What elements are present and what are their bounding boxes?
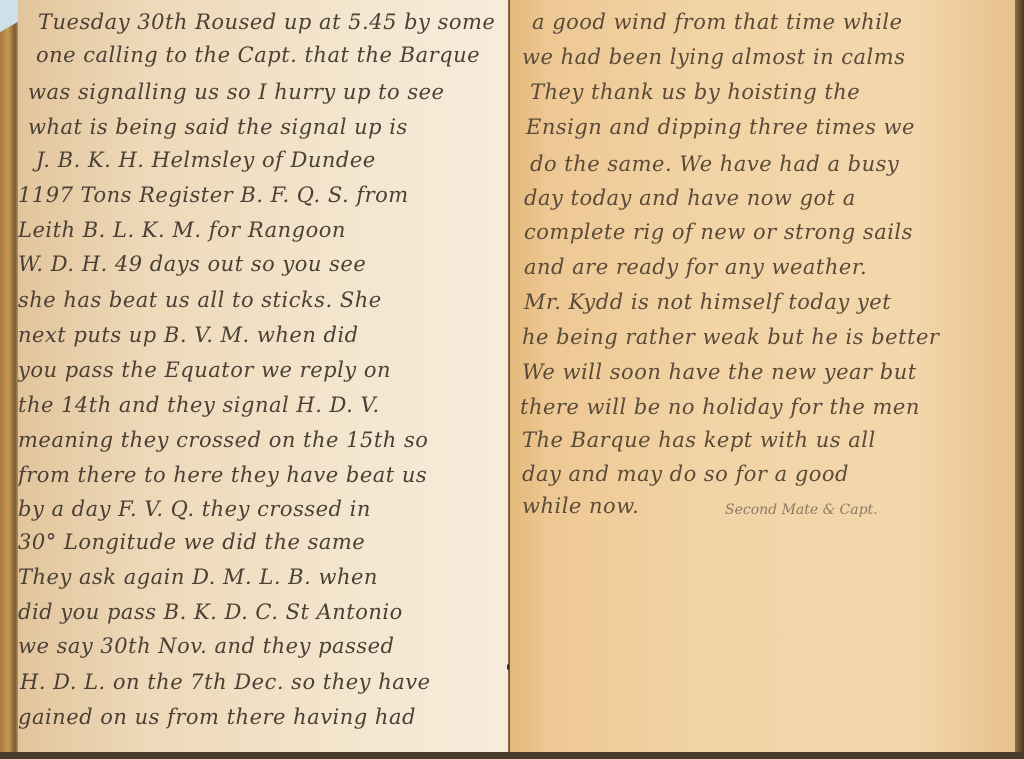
handwritten-line: Tuesday 30th Roused up at 5.45 by some xyxy=(38,10,495,34)
handwritten-line: she has beat us all to sticks. She xyxy=(18,288,382,312)
handwritten-line: was signalling us so I hurry up to see xyxy=(28,80,444,104)
book-edge xyxy=(1015,0,1024,759)
handwritten-line: by a day F. V. Q. they crossed in xyxy=(18,497,371,521)
handwritten-line: complete rig of new or strong sails xyxy=(524,220,913,244)
handwritten-line: meaning they crossed on the 15th so xyxy=(18,428,428,452)
left-page: Tuesday 30th Roused up at 5.45 by some o… xyxy=(18,0,509,752)
handwritten-line: we say 30th Nov. and they passed xyxy=(18,634,395,658)
handwritten-line: J. B. K. H. Helmsley of Dundee xyxy=(36,148,376,172)
handwritten-line: 30° Longitude we did the same xyxy=(18,530,365,554)
handwritten-line: there will be no holiday for the men xyxy=(520,395,920,419)
handwritten-line: what is being said the signal up is xyxy=(28,115,408,139)
handwritten-line: Ensign and dipping three times we xyxy=(526,115,915,139)
handwritten-line: while now. xyxy=(522,494,639,518)
handwritten-line: H. D. L. on the 7th Dec. so they have xyxy=(20,670,431,694)
handwritten-line: They ask again D. M. L. B. when xyxy=(18,565,378,589)
handwritten-line: the 14th and they signal H. D. V. xyxy=(18,393,380,417)
right-page: a good wind from that time while we had … xyxy=(509,0,1016,752)
handwritten-line: from there to here they have beat us xyxy=(18,463,427,487)
handwritten-line: he being rather weak but he is better xyxy=(522,325,939,349)
handwritten-line: a good wind from that time while xyxy=(532,10,903,34)
handwritten-line: we had been lying almost in calms xyxy=(522,45,905,69)
handwritten-line: one calling to the Capt. that the Barque xyxy=(36,43,480,67)
handwritten-line: W. D. H. 49 days out so you see xyxy=(18,252,366,276)
handwritten-line: They thank us by hoisting the xyxy=(530,80,860,104)
handwritten-line: next puts up B. V. M. when did xyxy=(18,323,359,347)
handwritten-line: Leith B. L. K. M. for Rangoon xyxy=(18,218,346,242)
handwritten-line: day today and have now got a xyxy=(524,186,856,210)
handwritten-line: do the same. We have had a busy xyxy=(530,152,899,176)
handwritten-line: and are ready for any weather. xyxy=(524,255,867,279)
handwritten-line: Mr. Kydd is not himself today yet xyxy=(524,290,891,314)
signature-note: Second Mate & Capt. xyxy=(725,502,878,518)
handwritten-line: 1197 Tons Register B. F. Q. S. from xyxy=(18,183,409,207)
handwritten-line: gained on us from there having had xyxy=(18,705,416,729)
handwritten-line: you pass the Equator we reply on xyxy=(18,358,391,382)
handwritten-line: did you pass B. K. D. C. St Antonio xyxy=(18,600,403,624)
handwritten-line: day and may do so for a good xyxy=(522,462,849,486)
handwritten-line: The Barque has kept with us all xyxy=(522,428,876,452)
handwritten-line: We will soon have the new year but xyxy=(522,360,917,384)
book-edge xyxy=(0,752,1024,759)
diary-spread: Tuesday 30th Roused up at 5.45 by some o… xyxy=(0,0,1024,759)
